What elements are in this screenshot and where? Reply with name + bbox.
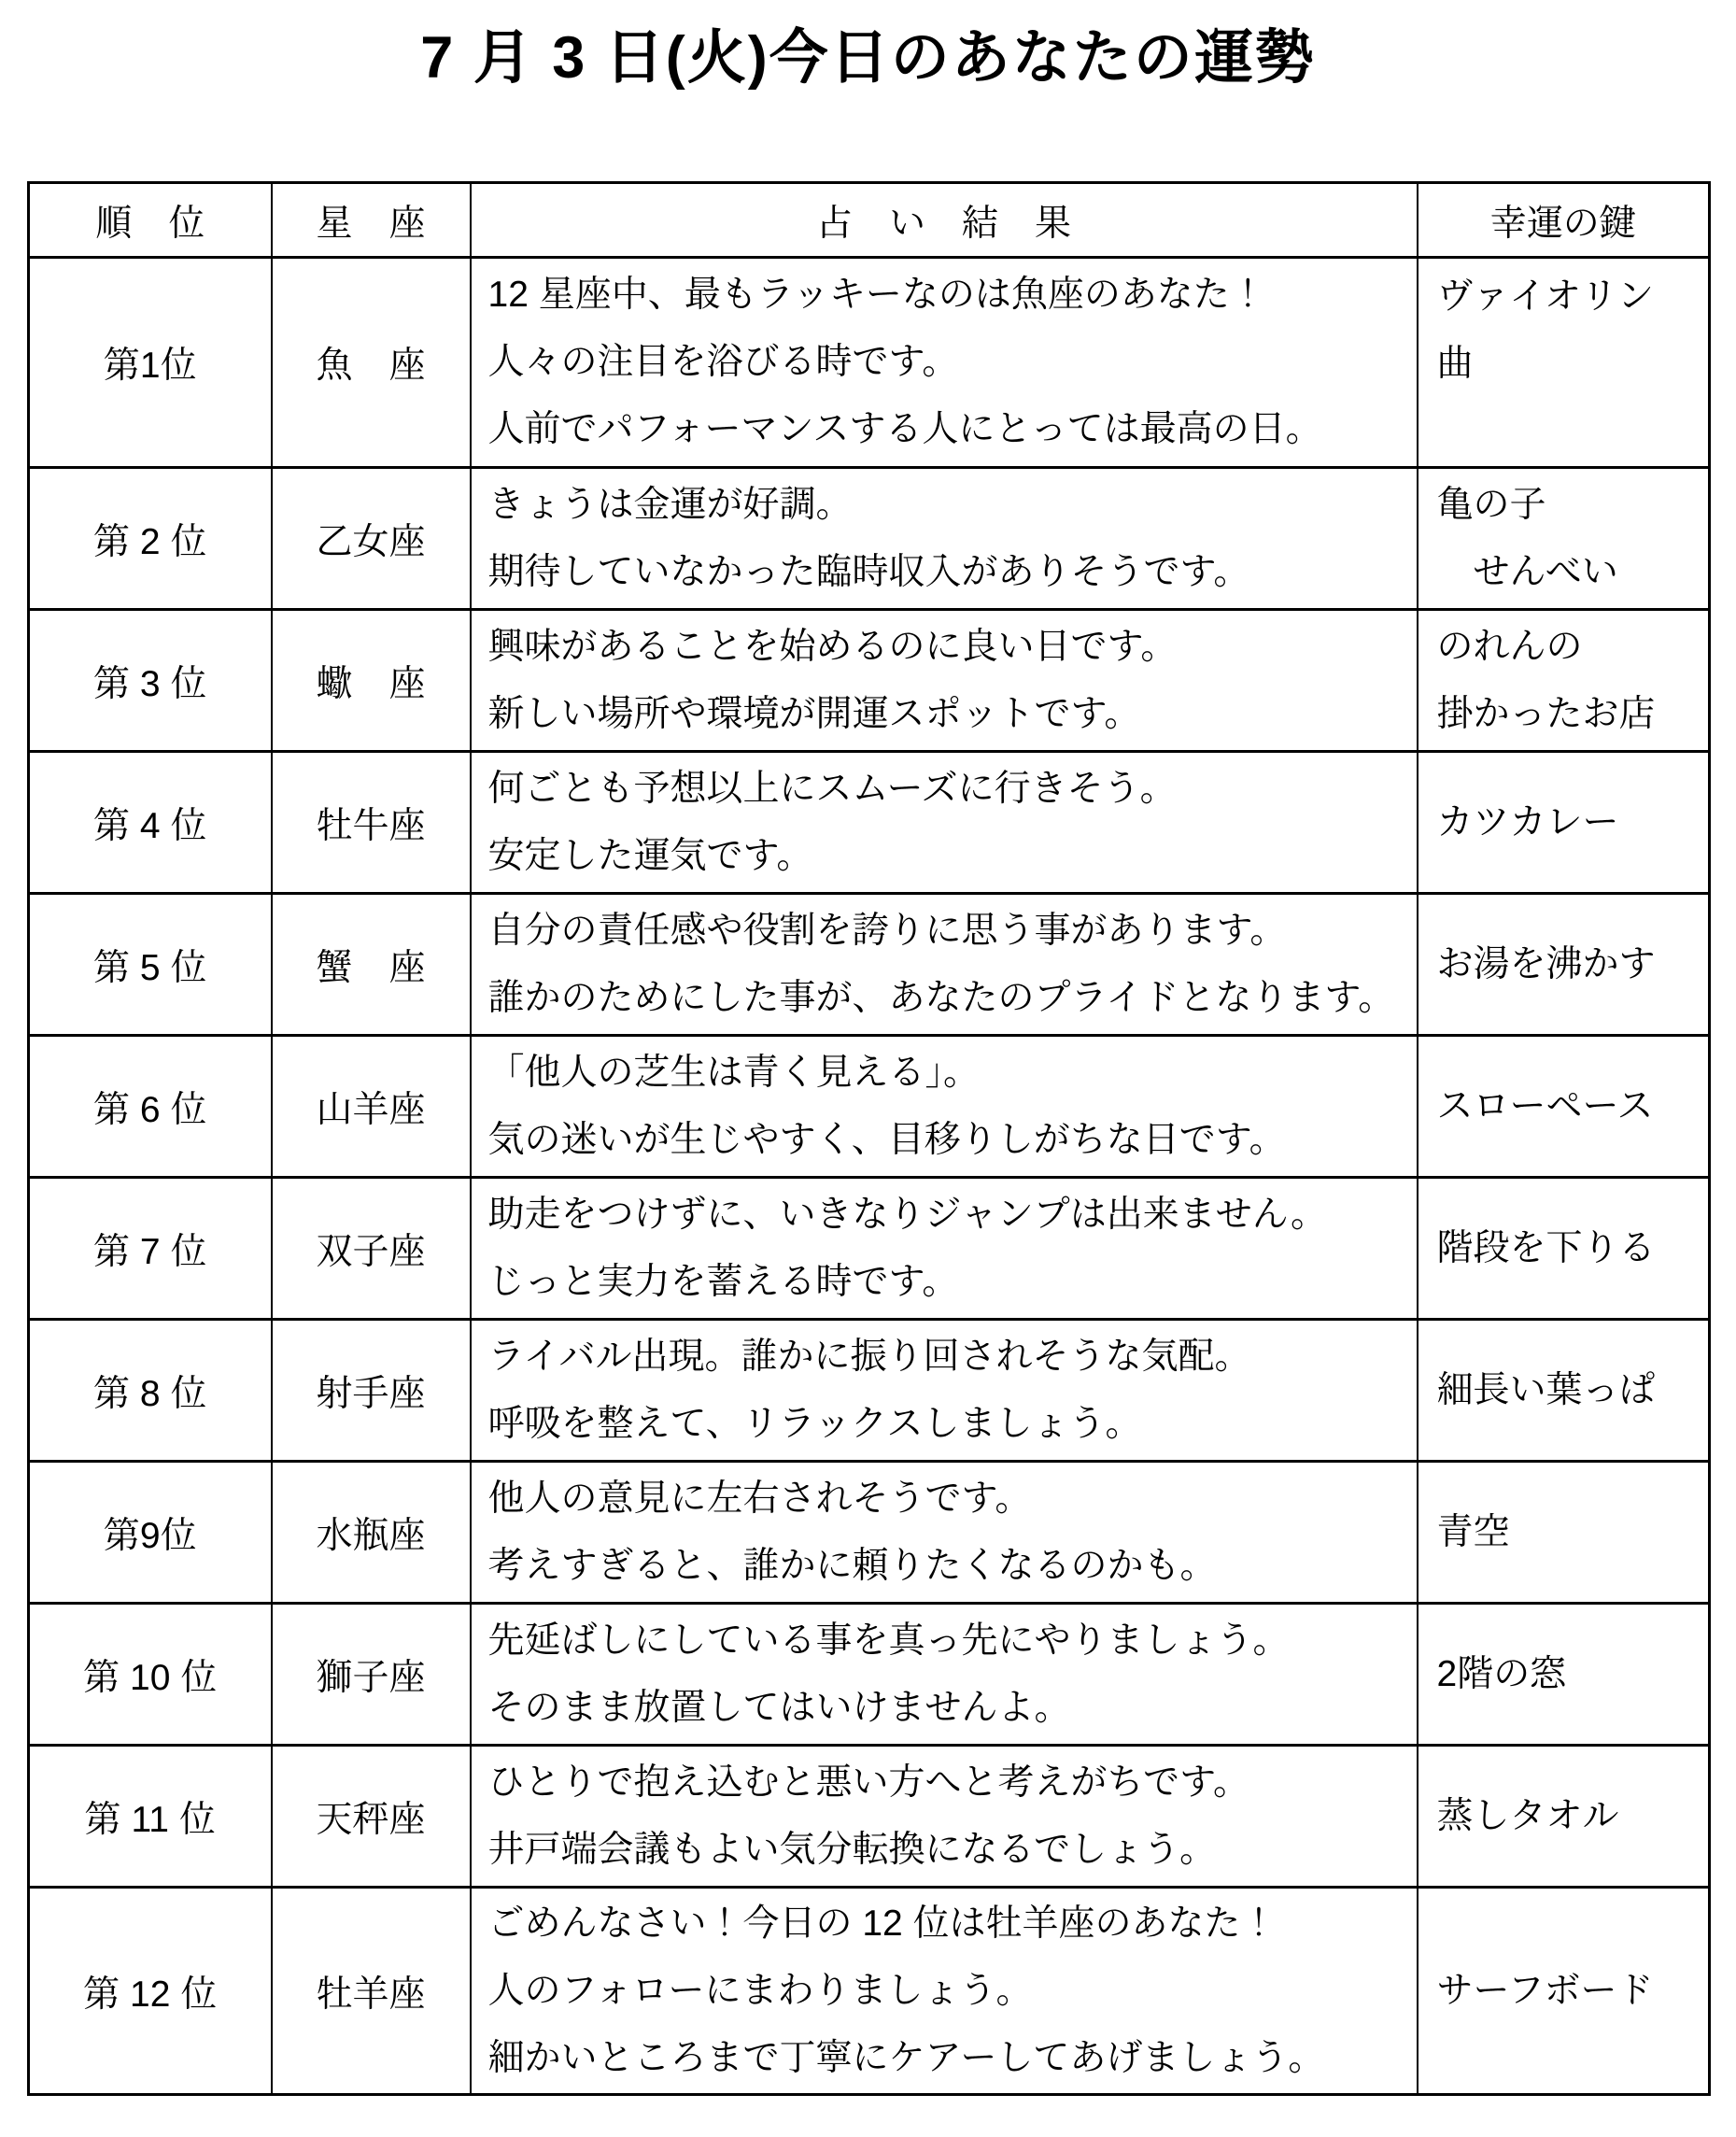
rank-cell: 第 2 位 bbox=[29, 468, 272, 610]
result-cell: 「他人の芝生は青く見える」。 気の迷いが生じやすく、目移りしがちな日です。 bbox=[471, 1036, 1418, 1178]
header-result: 占 い 結 果 bbox=[471, 183, 1418, 258]
key-cell: 蒸しタオル bbox=[1418, 1746, 1710, 1888]
key-line: カツカレー bbox=[1437, 789, 1703, 856]
result-cell: 他人の意見に左右されそうです。 考えすぎると、誰かに頼りたくなるのかも。 bbox=[471, 1462, 1418, 1604]
header-key: 幸運の鍵 bbox=[1418, 183, 1710, 258]
table-row: 第9位 水瓶座 他人の意見に左右されそうです。 考えすぎると、誰かに頼りたくなる… bbox=[29, 1462, 1710, 1604]
table-row: 第 6 位 山羊座 「他人の芝生は青く見える」。 気の迷いが生じやすく、目移りし… bbox=[29, 1036, 1710, 1178]
key-cell: 青空 bbox=[1418, 1462, 1710, 1604]
table-row: 第 3 位 蠍 座 興味があることを始めるのに良い日です。 新しい場所や環境が開… bbox=[29, 610, 1710, 752]
rank-cell: 第 6 位 bbox=[29, 1036, 272, 1178]
key-line: お湯を沸かす bbox=[1437, 931, 1703, 998]
key-line: 青空 bbox=[1437, 1499, 1703, 1566]
key-line: 掛かったお店 bbox=[1437, 681, 1703, 748]
key-line: のれんの bbox=[1437, 614, 1703, 681]
sign-cell: 双子座 bbox=[272, 1178, 471, 1320]
rank-cell: 第 8 位 bbox=[29, 1320, 272, 1462]
result-line: 自分の責任感や役割を誇りに思う事があります。 bbox=[488, 898, 1409, 965]
result-line: 人々の注目を浴びる時です。 bbox=[488, 329, 1409, 396]
result-line: 12 星座中、最もラッキーなのは魚座のあなた！ bbox=[488, 262, 1409, 329]
rank-cell: 第9位 bbox=[29, 1462, 272, 1604]
result-line: 期待していなかった臨時収入がありそうです。 bbox=[488, 539, 1409, 606]
result-line: 呼吸を整えて、リラックスしましょう。 bbox=[488, 1391, 1409, 1458]
rank-cell: 第 12 位 bbox=[29, 1888, 272, 2095]
table-row: 第1位 魚 座 12 星座中、最もラッキーなのは魚座のあなた！ 人々の注目を浴び… bbox=[29, 258, 1710, 468]
result-line: ごめんなさい！今日の 12 位は牡羊座のあなた！ bbox=[488, 1890, 1409, 1958]
key-line: 蒸しタオル bbox=[1437, 1783, 1703, 1850]
key-cell: ヴァイオリン 曲 bbox=[1418, 258, 1710, 468]
table-row: 第 10 位 獅子座 先延ばしにしている事を真っ先にやりましょう。 そのまま放置… bbox=[29, 1604, 1710, 1746]
sign-cell: 獅子座 bbox=[272, 1604, 471, 1746]
result-line: 人前でパフォーマンスする人にとっては最高の日。 bbox=[488, 396, 1409, 463]
result-cell: 何ごとも予想以上にスムーズに行きそう。 安定した運気です。 bbox=[471, 752, 1418, 894]
table-row: 第 4 位 牡牛座 何ごとも予想以上にスムーズに行きそう。 安定した運気です。 … bbox=[29, 752, 1710, 894]
key-line: 階段を下りる bbox=[1437, 1215, 1703, 1282]
result-cell: 12 星座中、最もラッキーなのは魚座のあなた！ 人々の注目を浴びる時です。 人前… bbox=[471, 258, 1418, 468]
result-line: 人のフォローにまわりましょう。 bbox=[488, 1958, 1409, 2025]
result-line: そのまま放置してはいけませんよ。 bbox=[488, 1675, 1409, 1742]
result-cell: ごめんなさい！今日の 12 位は牡羊座のあなた！ 人のフォローにまわりましょう。… bbox=[471, 1888, 1418, 2095]
header-sign: 星 座 bbox=[272, 183, 471, 258]
key-cell: お湯を沸かす bbox=[1418, 894, 1710, 1036]
result-line: じっと実力を蓄える時です。 bbox=[488, 1249, 1409, 1316]
key-line: 亀の子 bbox=[1437, 472, 1703, 539]
key-line: 細長い葉っぱ bbox=[1437, 1357, 1703, 1424]
key-line: サーフボード bbox=[1437, 1958, 1703, 2025]
result-cell: ひとりで抱え込むと悪い方へと考えがちです。 井戸端会議もよい気分転換になるでしょ… bbox=[471, 1746, 1418, 1888]
result-line: 興味があることを始めるのに良い日です。 bbox=[488, 614, 1409, 681]
rank-cell: 第 11 位 bbox=[29, 1746, 272, 1888]
sign-cell: 水瓶座 bbox=[272, 1462, 471, 1604]
result-cell: 助走をつけずに、いきなりジャンプは出来ません。 じっと実力を蓄える時です。 bbox=[471, 1178, 1418, 1320]
sign-cell: 蠍 座 bbox=[272, 610, 471, 752]
result-line: 先延ばしにしている事を真っ先にやりましょう。 bbox=[488, 1607, 1409, 1675]
rank-cell: 第 3 位 bbox=[29, 610, 272, 752]
sign-cell: 天秤座 bbox=[272, 1746, 471, 1888]
table-row: 第 2 位 乙女座 きょうは金運が好調。 期待していなかった臨時収入がありそうで… bbox=[29, 468, 1710, 610]
result-line: 何ごとも予想以上にスムーズに行きそう。 bbox=[488, 756, 1409, 823]
rank-cell: 第1位 bbox=[29, 258, 272, 468]
table-row: 第 5 位 蟹 座 自分の責任感や役割を誇りに思う事があります。 誰かのためにし… bbox=[29, 894, 1710, 1036]
key-line: 2階の窓 bbox=[1437, 1641, 1703, 1708]
result-line: 誰かのためにした事が、あなたのプライドとなります。 bbox=[488, 965, 1409, 1032]
sign-cell: 牡羊座 bbox=[272, 1888, 471, 2095]
rank-cell: 第 7 位 bbox=[29, 1178, 272, 1320]
key-cell: 2階の窓 bbox=[1418, 1604, 1710, 1746]
key-line: せんべい bbox=[1437, 539, 1703, 606]
key-line: ヴァイオリン bbox=[1437, 263, 1703, 331]
result-line: 考えすぎると、誰かに頼りたくなるのかも。 bbox=[488, 1533, 1409, 1600]
fortune-table: 順 位 星 座 占 い 結 果 幸運の鍵 第1位 魚 座 12 星座中、最もラッ… bbox=[27, 181, 1711, 2096]
header-rank: 順 位 bbox=[29, 183, 272, 258]
table-row: 第 8 位 射手座 ライバル出現。誰かに振り回されそうな気配。 呼吸を整えて、リ… bbox=[29, 1320, 1710, 1462]
sign-cell: 蟹 座 bbox=[272, 894, 471, 1036]
result-line: 新しい場所や環境が開運スポットです。 bbox=[488, 681, 1409, 748]
sign-cell: 山羊座 bbox=[272, 1036, 471, 1178]
result-line: 細かいところまで丁寧にケアーしてあげましょう。 bbox=[488, 2025, 1409, 2092]
sign-cell: 牡牛座 bbox=[272, 752, 471, 894]
result-cell: きょうは金運が好調。 期待していなかった臨時収入がありそうです。 bbox=[471, 468, 1418, 610]
result-line: 他人の意見に左右されそうです。 bbox=[488, 1465, 1409, 1533]
key-line: 曲 bbox=[1437, 331, 1703, 398]
table-header-row: 順 位 星 座 占 い 結 果 幸運の鍵 bbox=[29, 183, 1710, 258]
key-cell: カツカレー bbox=[1418, 752, 1710, 894]
result-line: 「他人の芝生は青く見える」。 bbox=[488, 1040, 1409, 1107]
result-line: 井戸端会議もよい気分転換になるでしょう。 bbox=[488, 1817, 1409, 1884]
result-cell: ライバル出現。誰かに振り回されそうな気配。 呼吸を整えて、リラックスしましょう。 bbox=[471, 1320, 1418, 1462]
sign-cell: 魚 座 bbox=[272, 258, 471, 468]
key-line: スローペース bbox=[1437, 1073, 1703, 1140]
result-line: ひとりで抱え込むと悪い方へと考えがちです。 bbox=[488, 1749, 1409, 1817]
table-row: 第 11 位 天秤座 ひとりで抱え込むと悪い方へと考えがちです。 井戸端会議もよ… bbox=[29, 1746, 1710, 1888]
key-cell: スローペース bbox=[1418, 1036, 1710, 1178]
sign-cell: 射手座 bbox=[272, 1320, 471, 1462]
rank-cell: 第 5 位 bbox=[29, 894, 272, 1036]
rank-cell: 第 4 位 bbox=[29, 752, 272, 894]
key-cell: サーフボード bbox=[1418, 1888, 1710, 2095]
key-cell: 階段を下りる bbox=[1418, 1178, 1710, 1320]
result-line: きょうは金運が好調。 bbox=[488, 472, 1409, 539]
key-cell: 細長い葉っぱ bbox=[1418, 1320, 1710, 1462]
result-line: ライバル出現。誰かに振り回されそうな気配。 bbox=[488, 1323, 1409, 1391]
table-row: 第 7 位 双子座 助走をつけずに、いきなりジャンプは出来ません。 じっと実力を… bbox=[29, 1178, 1710, 1320]
key-cell: のれんの 掛かったお店 bbox=[1418, 610, 1710, 752]
page-title: 7 月 3 日(火)今日のあなたの運勢 bbox=[0, 0, 1736, 92]
table-row: 第 12 位 牡羊座 ごめんなさい！今日の 12 位は牡羊座のあなた！ 人のフォ… bbox=[29, 1888, 1710, 2095]
result-cell: 自分の責任感や役割を誇りに思う事があります。 誰かのためにした事が、あなたのプラ… bbox=[471, 894, 1418, 1036]
result-cell: 興味があることを始めるのに良い日です。 新しい場所や環境が開運スポットです。 bbox=[471, 610, 1418, 752]
sign-cell: 乙女座 bbox=[272, 468, 471, 610]
key-cell: 亀の子 せんべい bbox=[1418, 468, 1710, 610]
result-cell: 先延ばしにしている事を真っ先にやりましょう。 そのまま放置してはいけませんよ。 bbox=[471, 1604, 1418, 1746]
result-line: 気の迷いが生じやすく、目移りしがちな日です。 bbox=[488, 1107, 1409, 1174]
rank-cell: 第 10 位 bbox=[29, 1604, 272, 1746]
result-line: 安定した運気です。 bbox=[488, 823, 1409, 890]
result-line: 助走をつけずに、いきなりジャンプは出来ません。 bbox=[488, 1182, 1409, 1249]
